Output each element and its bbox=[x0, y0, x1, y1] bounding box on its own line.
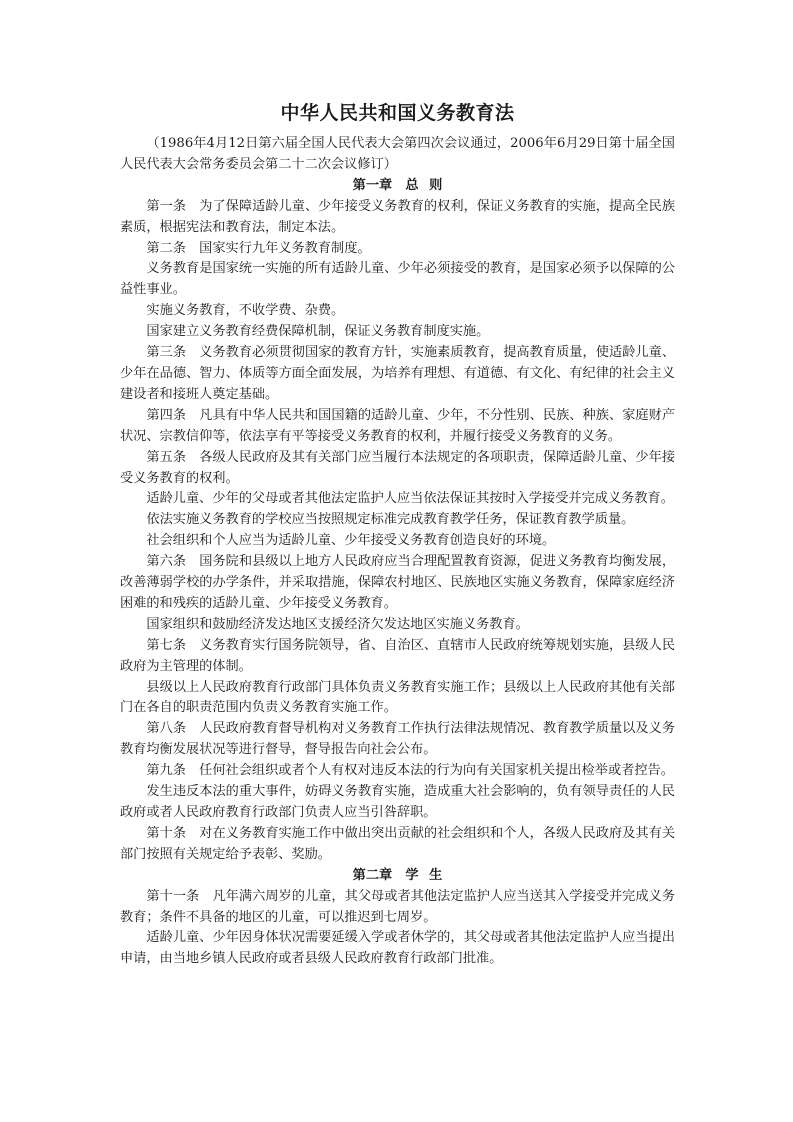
article-paragraph: 第九条任何社会组织或者个人有权对违反本法的行为向有关国家机关提出检举或者控告。 bbox=[120, 761, 675, 782]
paragraph: 国家建立义务教育经费保障机制，保证义务教育制度实施。 bbox=[120, 322, 675, 343]
article-number: 第二条 bbox=[146, 241, 186, 256]
article-number: 第九条 bbox=[146, 763, 186, 778]
paragraph: 义务教育是国家统一实施的所有适龄儿童、少年必须接受的教育，是国家必须予以保障的公… bbox=[120, 259, 675, 301]
article-paragraph: 第六条国务院和县级以上地方人民政府应当合理配置教育资源，促进义务教育均衡发展，改… bbox=[120, 552, 675, 615]
chapter-heading: 第二章 学 生 bbox=[120, 866, 675, 887]
article-text: 任何社会组织或者个人有权对违反本法的行为向有关国家机关提出检举或者控告。 bbox=[199, 763, 674, 778]
paragraph: 适龄儿童、少年因身体状况需要延缓入学或者休学的，其父母或者其他法定监护人应当提出… bbox=[120, 928, 675, 970]
article-text: 义务教育实行国务院领导，省、自治区、直辖市人民政府统筹规划实施，县级人民政府为主… bbox=[120, 638, 675, 674]
article-text: 义务教育必须贯彻国家的教育方针，实施素质教育，提高教育质量，使适龄儿童、少年在品… bbox=[120, 345, 675, 402]
paragraph: 社会组织和个人应当为适龄儿童、少年接受义务教育创造良好的环境。 bbox=[120, 531, 675, 552]
article-text: 国务院和县级以上地方人民政府应当合理配置教育资源，促进义务教育均衡发展，改善薄弱… bbox=[120, 554, 675, 611]
document-title: 中华人民共和国义务教育法 bbox=[120, 98, 675, 128]
article-text: 凡年满六周岁的儿童，其父母或者其他法定监护人应当送其入学接受并完成义务教育；条件… bbox=[120, 889, 675, 925]
article-text: 对在义务教育实施工作中做出突出贡献的社会组织和个人，各级人民政府及其有关部门按照… bbox=[120, 826, 675, 862]
article-text: 凡具有中华人民共和国国籍的适龄儿童、少年，不分性别、民族、种族、家庭财产状况、宗… bbox=[120, 408, 675, 444]
article-number: 第一条 bbox=[146, 199, 186, 214]
article-number: 第八条 bbox=[146, 721, 186, 736]
chapter-2: 第二章 学 生 第十一条凡年满六周岁的儿童，其父母或者其他法定监护人应当送其入学… bbox=[120, 866, 675, 971]
article-paragraph: 第五条各级人民政府及其有关部门应当履行本法规定的各项职责，保障适龄儿童、少年接受… bbox=[120, 448, 675, 490]
paragraph: 发生违反本法的重大事件，妨碍义务教育实施，造成重大社会影响的，负有领导责任的人民… bbox=[120, 782, 675, 824]
article-paragraph: 第二条国家实行九年义务教育制度。 bbox=[120, 239, 675, 260]
paragraph: 县级以上人民政府教育行政部门具体负责义务教育实施工作；县级以上人民政府其他有关部… bbox=[120, 678, 675, 720]
article-text: 为了保障适龄儿童、少年接受义务教育的权利，保证义务教育的实施，提高全民族素质，根… bbox=[120, 199, 675, 235]
article-number: 第三条 bbox=[146, 345, 186, 360]
article-number: 第十条 bbox=[146, 826, 186, 841]
document-subtitle: （1986年4月12日第六届全国人民代表大会第四次会议通过，2006年6月29日… bbox=[120, 134, 675, 176]
article-text: 各级人民政府及其有关部门应当履行本法规定的各项职责，保障适龄儿童、少年接受义务教… bbox=[120, 450, 675, 486]
article-paragraph: 第四条凡具有中华人民共和国国籍的适龄儿童、少年，不分性别、民族、种族、家庭财产状… bbox=[120, 406, 675, 448]
document-page: 中华人民共和国义务教育法 （1986年4月12日第六届全国人民代表大会第四次会议… bbox=[120, 98, 675, 970]
paragraph: 实施义务教育，不收学费、杂费。 bbox=[120, 301, 675, 322]
article-number: 第十一条 bbox=[146, 889, 199, 904]
article-number: 第四条 bbox=[146, 408, 186, 423]
article-paragraph: 第七条义务教育实行国务院领导，省、自治区、直辖市人民政府统筹规划实施，县级人民政… bbox=[120, 636, 675, 678]
article-paragraph: 第三条义务教育必须贯彻国家的教育方针，实施素质教育，提高教育质量，使适龄儿童、少… bbox=[120, 343, 675, 406]
chapter-heading: 第一章 总 则 bbox=[120, 176, 675, 197]
chapter-1: 第一章 总 则 第一条为了保障适龄儿童、少年接受义务教育的权利，保证义务教育的实… bbox=[120, 176, 675, 866]
article-number: 第五条 bbox=[146, 450, 186, 465]
paragraph: 依法实施义务教育的学校应当按照规定标准完成教育教学任务，保证教育教学质量。 bbox=[120, 510, 675, 531]
article-text: 国家实行九年义务教育制度。 bbox=[199, 241, 370, 256]
article-paragraph: 第十条对在义务教育实施工作中做出突出贡献的社会组织和个人，各级人民政府及其有关部… bbox=[120, 824, 675, 866]
article-number: 第六条 bbox=[146, 554, 186, 569]
article-paragraph: 第十一条凡年满六周岁的儿童，其父母或者其他法定监护人应当送其入学接受并完成义务教… bbox=[120, 887, 675, 929]
article-text: 人民政府教育督导机构对义务教育工作执行法律法规情况、教育教学质量以及义务教育均衡… bbox=[120, 721, 675, 757]
article-paragraph: 第八条人民政府教育督导机构对义务教育工作执行法律法规情况、教育教学质量以及义务教… bbox=[120, 719, 675, 761]
paragraph: 国家组织和鼓励经济发达地区支援经济欠发达地区实施义务教育。 bbox=[120, 615, 675, 636]
paragraph: 适龄儿童、少年的父母或者其他法定监护人应当依法保证其按时入学接受并完成义务教育。 bbox=[120, 489, 675, 510]
article-number: 第七条 bbox=[146, 638, 186, 653]
article-paragraph: 第一条为了保障适龄儿童、少年接受义务教育的权利，保证义务教育的实施，提高全民族素… bbox=[120, 197, 675, 239]
